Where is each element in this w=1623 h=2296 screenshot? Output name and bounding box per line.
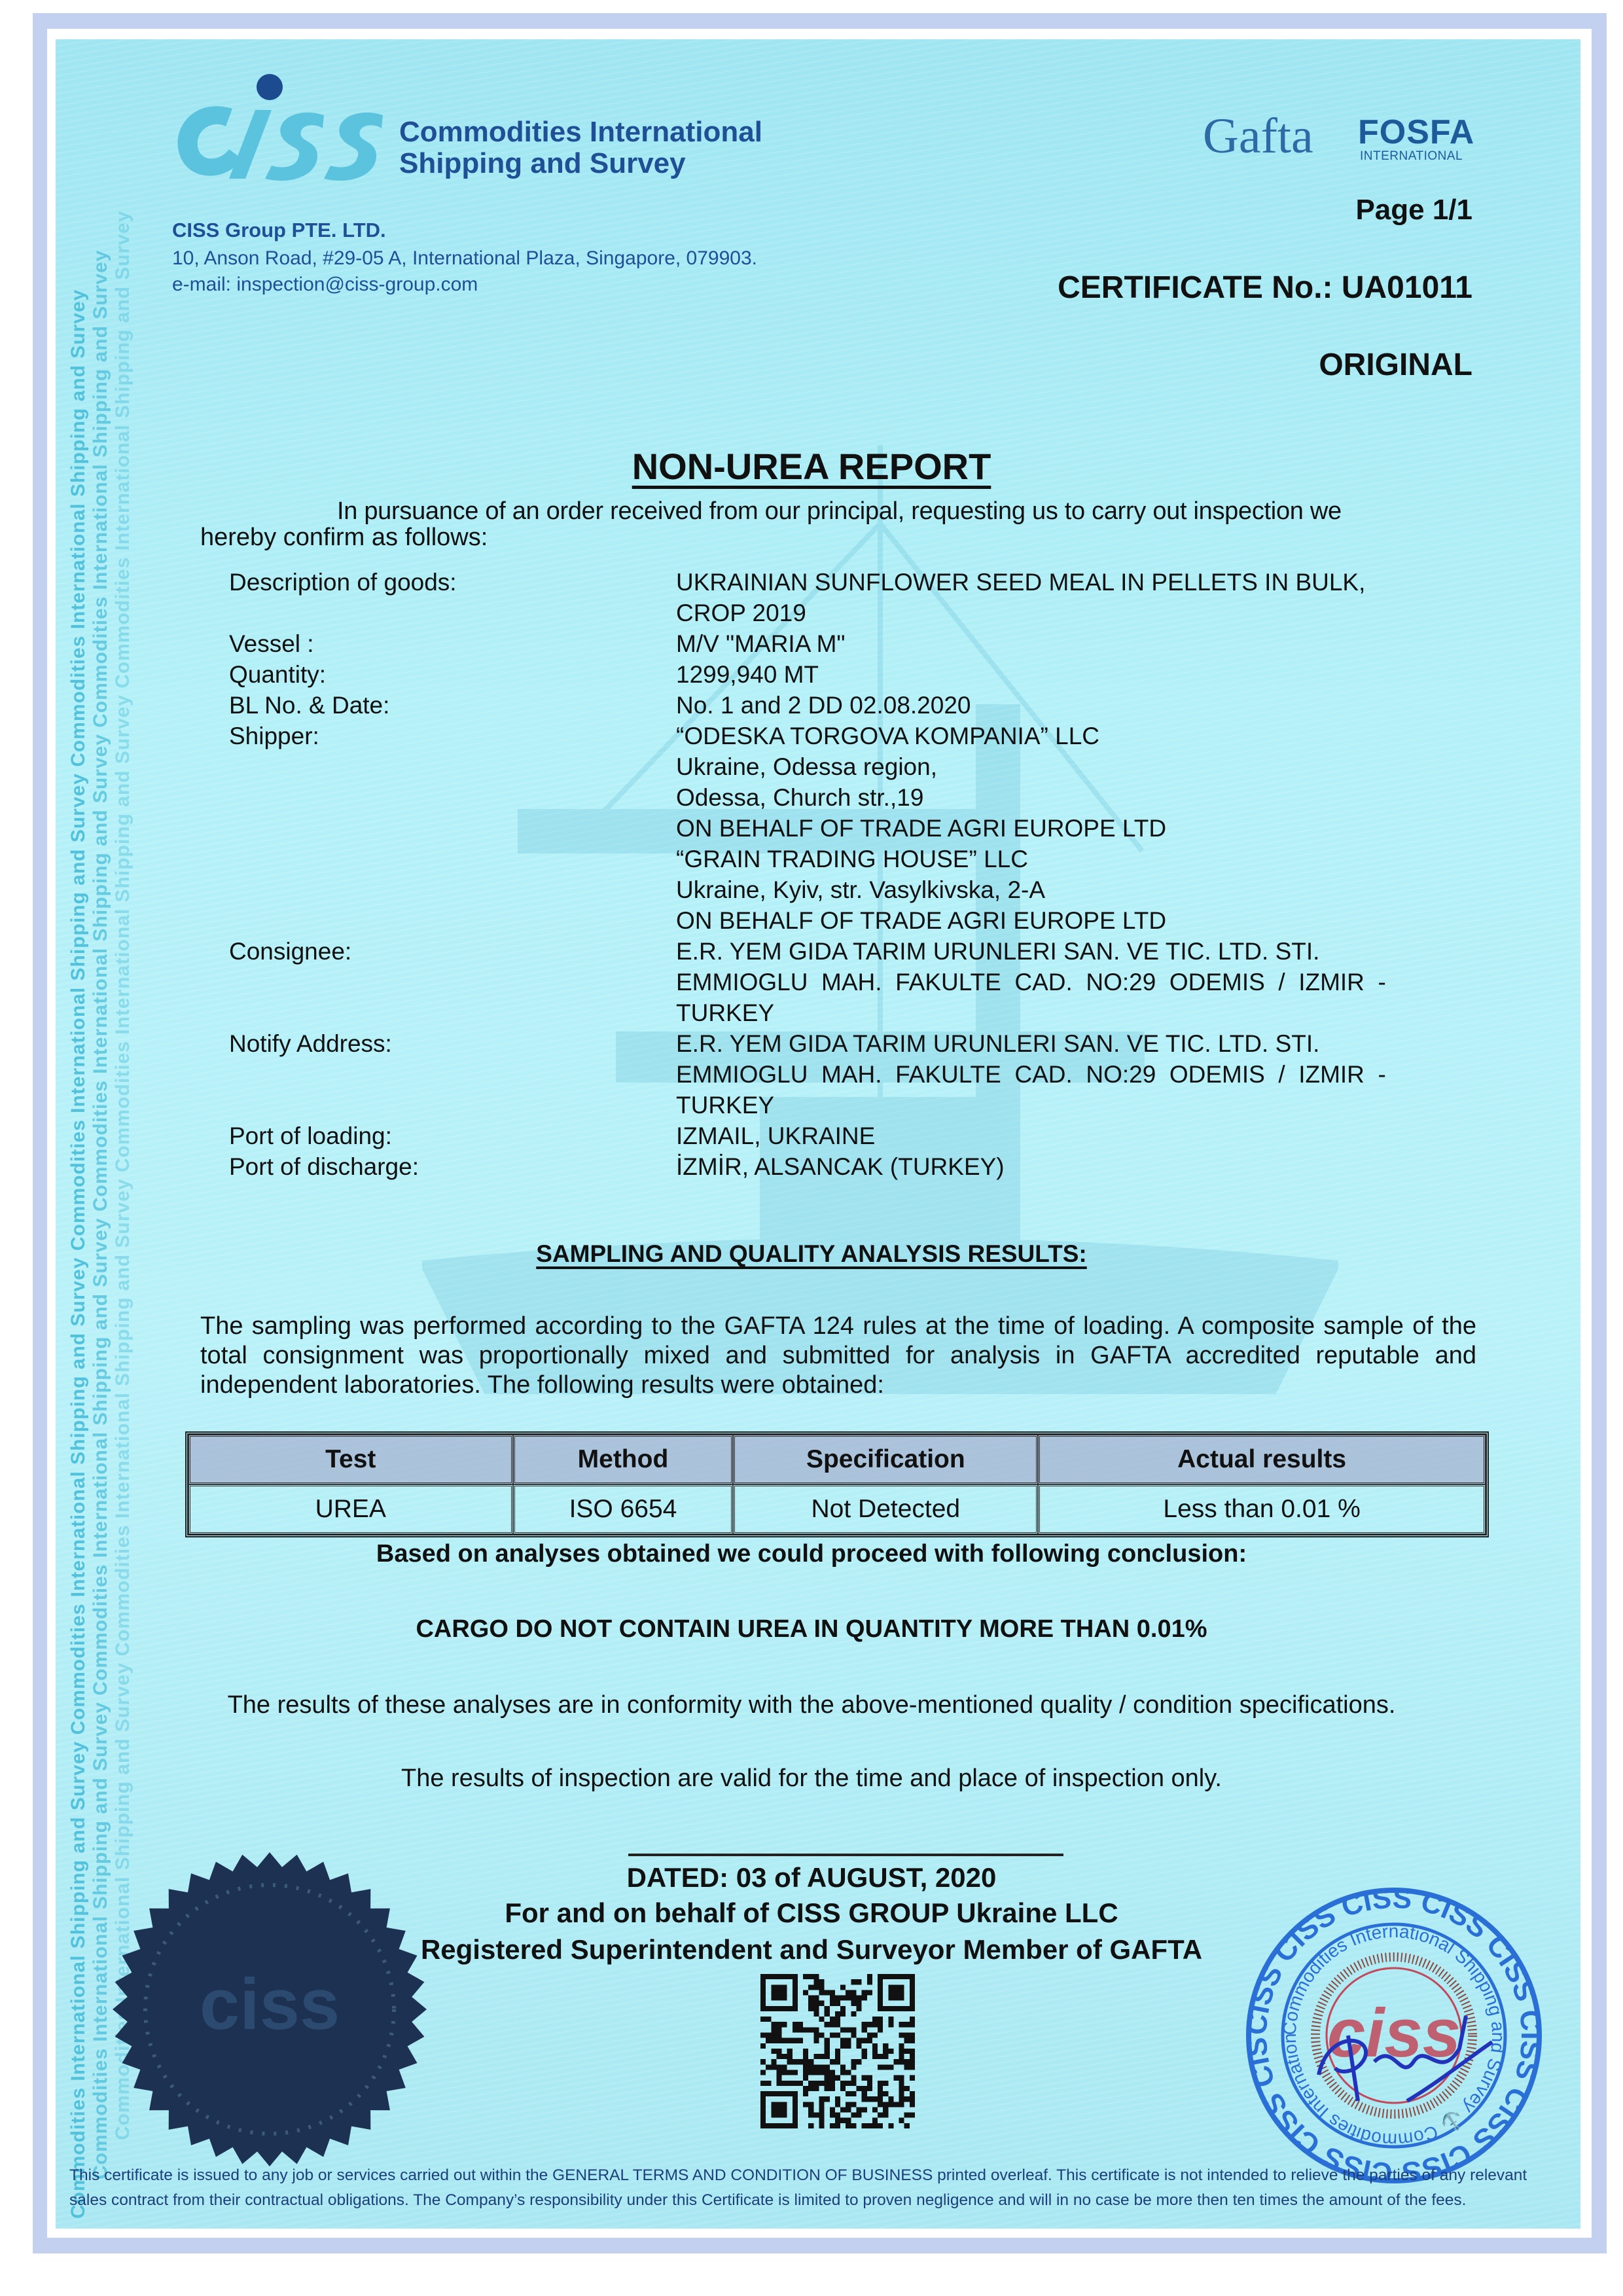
- qr-code-icon[interactable]: [760, 1974, 915, 2128]
- cell-test: UREA: [188, 1484, 513, 1534]
- detail-value: IZMAIL, UKRAINE: [676, 1121, 1474, 1151]
- detail-value-line: ON BEHALF OF TRADE AGRI EUROPE LTD: [676, 905, 1474, 936]
- detail-value-line: TURKEY: [676, 1090, 1474, 1121]
- detail-row: Vessel :M/V "MARIA M": [229, 628, 1474, 659]
- conclusion-statement: CARGO DO NOT CONTAIN UREA IN QUANTITY MO…: [0, 1615, 1623, 1643]
- detail-value-line: UKRAINIAN SUNFLOWER SEED MEAL IN PELLETS…: [676, 567, 1474, 598]
- detail-value-line: E.R. YEM GIDA TARIM URUNLERI SAN. VE TIC…: [676, 1028, 1474, 1059]
- detail-value: No. 1 and 2 DD 02.08.2020: [676, 690, 1474, 721]
- detail-value: M/V "MARIA M": [676, 628, 1474, 659]
- signature-line: [628, 1854, 1063, 1856]
- column-header-test: Test: [188, 1435, 513, 1484]
- fosfa-logo: FOSFA: [1358, 113, 1474, 152]
- cell-actual-result: Less than 0.01 %: [1038, 1484, 1486, 1534]
- detail-value-line: IZMAIL, UKRAINE: [676, 1121, 1474, 1151]
- fosfa-logo-subtitle: INTERNATIONAL: [1360, 149, 1463, 164]
- company-address: 10, Anson Road, #29-05 A, International …: [172, 247, 757, 270]
- detail-row: Shipper:“ODESKA TORGOVA KOMPANIA” LLCUkr…: [229, 721, 1474, 936]
- detail-value: 1299,940 MT: [676, 659, 1474, 690]
- detail-value-line: Ukraine, Odessa region,: [676, 751, 1474, 782]
- company-name-line1: Commodities International: [399, 117, 762, 148]
- footer-disclaimer: This certificate is issued to any job or…: [69, 2163, 1568, 2213]
- detail-label: Quantity:: [229, 659, 676, 690]
- detail-value-line: EMMIOGLU MAH. FAKULTE CAD. NO:29 ODEMIS …: [676, 967, 1474, 997]
- conclusion-intro: Based on analyses obtained we could proc…: [0, 1540, 1623, 1568]
- detail-value-line: TURKEY: [676, 997, 1474, 1028]
- detail-label: Shipper:: [229, 721, 676, 936]
- detail-label: Notify Address:: [229, 1028, 676, 1121]
- detail-value-line: CROP 2019: [676, 598, 1474, 628]
- detail-value-line: M/V "MARIA M": [676, 628, 1474, 659]
- detail-value-line: Ukraine, Kyiv, str. Vasylkivska, 2-A: [676, 874, 1474, 905]
- detail-value: E.R. YEM GIDA TARIM URUNLERI SAN. VE TIC…: [676, 936, 1474, 1028]
- detail-value: “ODESKA TORGOVA KOMPANIA” LLCUkraine, Od…: [676, 721, 1474, 936]
- validity-statement: The results of inspection are valid for …: [0, 1765, 1623, 1793]
- company-email: e-mail: inspection@ciss-group.com: [172, 274, 478, 296]
- detail-value-line: EMMIOGLU MAH. FAKULTE CAD. NO:29 ODEMIS …: [676, 1059, 1474, 1090]
- footer-line-1: This certificate is issued to any job or…: [69, 2163, 1568, 2188]
- detail-row: Notify Address:E.R. YEM GIDA TARIM URUNL…: [229, 1028, 1474, 1121]
- detail-label: BL No. & Date:: [229, 690, 676, 721]
- detail-row: Port of discharge:İZMİR, ALSANCAK (TURKE…: [229, 1151, 1474, 1182]
- copy-type: ORIGINAL: [1319, 347, 1472, 383]
- column-header-method: Method: [513, 1435, 734, 1484]
- sampling-paragraph: The sampling was performed according to …: [200, 1312, 1476, 1400]
- shipment-details: Description of goods:UKRAINIAN SUNFLOWER…: [229, 567, 1474, 1182]
- intro-line-2: hereby confirm as follows:: [200, 524, 488, 552]
- detail-value-line: İZMİR, ALSANCAK (TURKEY): [676, 1151, 1474, 1182]
- footer-line-2: sales contract from their contractual ob…: [69, 2188, 1568, 2213]
- detail-label: Description of goods:: [229, 567, 676, 628]
- detail-label: Vessel :: [229, 628, 676, 659]
- svg-text:ciss: ciss: [200, 1964, 340, 2045]
- detail-value-line: ON BEHALF OF TRADE AGRI EUROPE LTD: [676, 813, 1474, 844]
- gafta-logo: Gafta: [1203, 108, 1313, 165]
- intro-line-1: In pursuance of an order received from o…: [337, 497, 1342, 526]
- detail-value-line: Odessa, Church str.,19: [676, 782, 1474, 813]
- detail-value-line: “GRAIN TRADING HOUSE” LLC: [676, 844, 1474, 874]
- detail-value-line: E.R. YEM GIDA TARIM URUNLERI SAN. VE TIC…: [676, 936, 1474, 967]
- detail-label: Consignee:: [229, 936, 676, 1028]
- company-name-line2: Shipping and Survey: [399, 148, 686, 179]
- detail-row: Description of goods:UKRAINIAN SUNFLOWER…: [229, 567, 1474, 628]
- embossed-seal-icon: ciss: [111, 1849, 429, 2170]
- cell-specification: Not Detected: [733, 1484, 1038, 1534]
- company-stamp-icon: CISS CISS CISS CISS CISS CISS CISS CISS …: [1243, 1885, 1544, 2186]
- page-number: Page 1/1: [1355, 194, 1472, 226]
- table-row: UREA ISO 6654 Not Detected Less than 0.0…: [188, 1484, 1486, 1534]
- cell-method: ISO 6654: [513, 1484, 734, 1534]
- results-table: Test Method Specification Actual results…: [185, 1431, 1489, 1537]
- detail-row: BL No. & Date:No. 1 and 2 DD 02.08.2020: [229, 690, 1474, 721]
- certificate-number: CERTIFICATE No.: UA01011: [1058, 270, 1472, 306]
- detail-value-line: 1299,940 MT: [676, 659, 1474, 690]
- detail-row: Port of loading:IZMAIL, UKRAINE: [229, 1121, 1474, 1151]
- ciss-logo-icon: [167, 71, 389, 185]
- detail-label: Port of loading:: [229, 1121, 676, 1151]
- column-header-actual-results: Actual results: [1038, 1435, 1486, 1484]
- detail-value: E.R. YEM GIDA TARIM URUNLERI SAN. VE TIC…: [676, 1028, 1474, 1121]
- detail-value: İZMİR, ALSANCAK (TURKEY): [676, 1151, 1474, 1182]
- detail-row: Quantity:1299,940 MT: [229, 659, 1474, 690]
- group-name: CISS Group PTE. LTD.: [172, 219, 386, 242]
- detail-label: Port of discharge:: [229, 1151, 676, 1182]
- detail-value: UKRAINIAN SUNFLOWER SEED MEAL IN PELLETS…: [676, 567, 1474, 628]
- report-title: NON-UREA REPORT: [0, 445, 1623, 488]
- detail-value-line: No. 1 and 2 DD 02.08.2020: [676, 690, 1474, 721]
- column-header-specification: Specification: [733, 1435, 1038, 1484]
- conformity-statement: The results of these analyses are in con…: [0, 1691, 1623, 1719]
- detail-value-line: “ODESKA TORGOVA KOMPANIA” LLC: [676, 721, 1474, 751]
- detail-row: Consignee:E.R. YEM GIDA TARIM URUNLERI S…: [229, 936, 1474, 1028]
- results-table-header-row: Test Method Specification Actual results: [188, 1435, 1486, 1484]
- results-section-title: SAMPLING AND QUALITY ANALYSIS RESULTS:: [0, 1240, 1623, 1268]
